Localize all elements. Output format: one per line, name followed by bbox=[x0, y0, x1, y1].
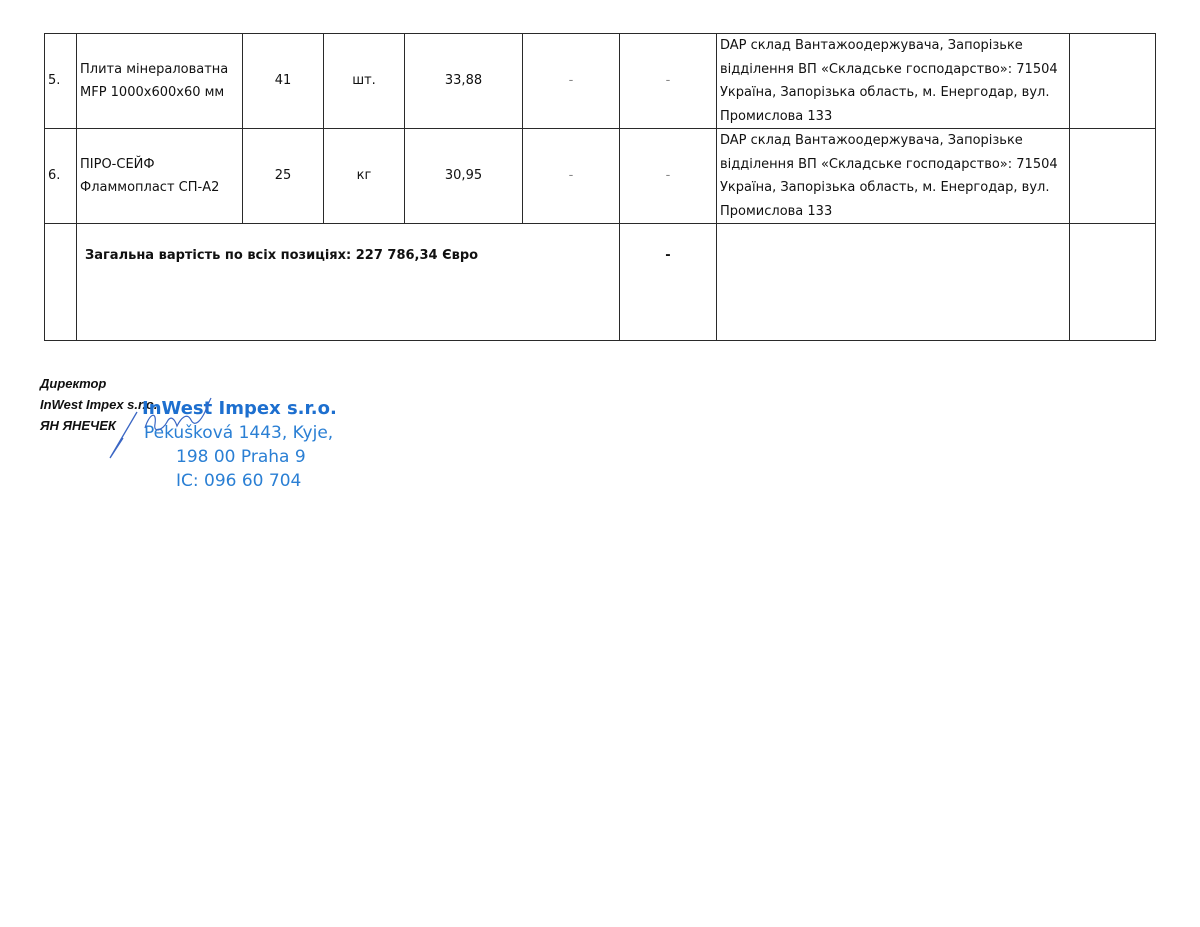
item-col6: - bbox=[523, 34, 620, 129]
item-unit: кг bbox=[324, 129, 405, 224]
table-row: 6. ПІРО-СЕЙФ Фламмопласт СП-А2 25 кг 30,… bbox=[45, 129, 1156, 224]
item-unit: шт. bbox=[324, 34, 405, 129]
item-col7: - bbox=[620, 129, 717, 224]
total-row: Загальна вартість по всіх позиціях: 227 … bbox=[45, 224, 1156, 341]
handwritten-signature-icon bbox=[105, 390, 225, 465]
item-quantity: 25 bbox=[243, 129, 324, 224]
total-label: Загальна вартість по всіх позиціях: 227 … bbox=[77, 224, 620, 341]
item-col6: - bbox=[523, 129, 620, 224]
item-delivery-terms: DAP склад Вантажоодержувача, Запорізьке … bbox=[717, 129, 1070, 224]
row-number: 6. bbox=[45, 129, 77, 224]
total-dash: - bbox=[620, 224, 717, 341]
item-price: 33,88 bbox=[405, 34, 523, 129]
table-row: 5. Плита мінераловатна MFP 1000x600x60 м… bbox=[45, 34, 1156, 129]
item-col7: - bbox=[620, 34, 717, 129]
total-empty-cell bbox=[45, 224, 77, 341]
total-empty-cell bbox=[1070, 224, 1156, 341]
item-quantity: 41 bbox=[243, 34, 324, 129]
item-note bbox=[1070, 34, 1156, 129]
stamp-ic: IC: 096 60 704 bbox=[176, 469, 337, 493]
item-name: Плита мінераловатна MFP 1000x600x60 мм bbox=[77, 34, 243, 129]
item-delivery-terms: DAP склад Вантажоодержувача, Запорізьке … bbox=[717, 34, 1070, 129]
item-note bbox=[1070, 129, 1156, 224]
total-empty-cell bbox=[717, 224, 1070, 341]
item-price: 30,95 bbox=[405, 129, 523, 224]
goods-table: 5. Плита мінераловатна MFP 1000x600x60 м… bbox=[44, 33, 1156, 341]
row-number: 5. bbox=[45, 34, 77, 129]
item-name: ПІРО-СЕЙФ Фламмопласт СП-А2 bbox=[77, 129, 243, 224]
